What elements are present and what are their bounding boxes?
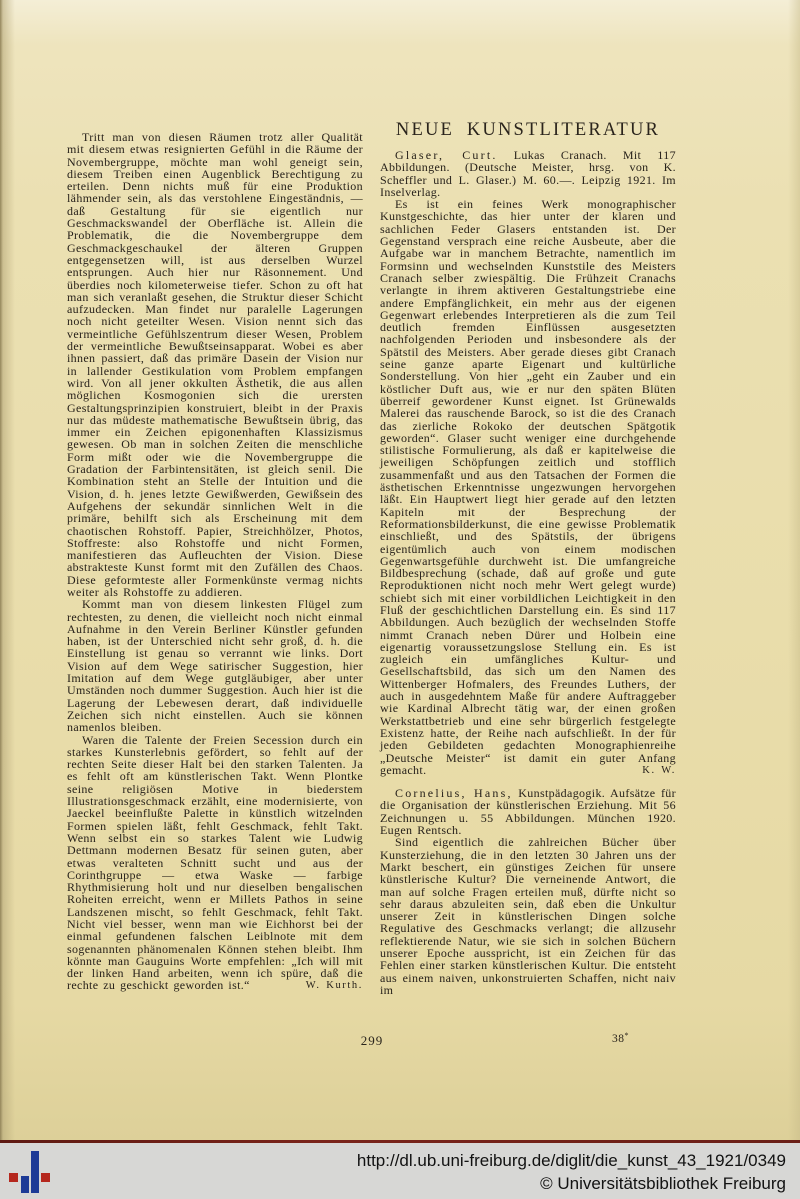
logo-red-square-left (9, 1173, 18, 1182)
paragraph: Waren die Talente der Freien Secession d… (67, 734, 363, 992)
paragraph-text: Waren die Talente der Freien Secession d… (67, 733, 363, 993)
logo-blue-bar-tall (31, 1151, 39, 1193)
paragraph-text: Sind eigentlich die zahlreichen Bücher ü… (380, 835, 676, 997)
library-viewer-bar: http://dl.ub.uni-freiburg.de/diglit/die_… (0, 1143, 800, 1199)
right-column: NEUE KUNSTLITERATUR Glaser, Curt. Lukas … (380, 120, 676, 996)
bibliography-entry: Glaser, Curt. Lukas Cranach. Mit 117 Abb… (380, 149, 676, 198)
viewer-attribution: http://dl.ub.uni-freiburg.de/diglit/die_… (357, 1150, 786, 1196)
paragraph-text: Es ist ein feines Werk monographischer K… (380, 197, 676, 777)
scanned-page: Tritt man von diesen Räumen trotz aller … (0, 0, 800, 1140)
bibliography-entry: Cornelius, Hans, Kunstpädagogik. Aufsätz… (380, 787, 676, 836)
author-signature: W. Kurth. (291, 979, 363, 992)
source-url: http://dl.ub.uni-freiburg.de/diglit/die_… (357, 1150, 786, 1172)
reviewer-signature: K. W. (627, 764, 676, 777)
paragraph: Kommt man von diesem linkesten Flügel zu… (67, 598, 363, 733)
review-paragraph: Es ist ein feines Werk monographischer K… (380, 198, 676, 776)
paragraph-text: Tritt man von diesen Räumen trotz aller … (67, 130, 363, 599)
copyright-notice: © Universitätsbibliothek Freiburg (357, 1172, 786, 1196)
section-heading: NEUE KUNSTLITERATUR (380, 120, 676, 140)
page-number: 299 (336, 1033, 408, 1049)
sheet-signature-mark: 38* (612, 1031, 629, 1045)
paragraph-text: Kommt man von diesem linkesten Flügel zu… (67, 597, 363, 734)
paragraph: Tritt man von diesen Räumen trotz aller … (67, 131, 363, 598)
review-paragraph: Sind eigentlich die zahlreichen Bücher ü… (380, 836, 676, 996)
logo-blue-bar-short (21, 1176, 29, 1193)
left-column: Tritt man von diesen Räumen trotz aller … (67, 131, 363, 993)
university-library-logo-icon (0, 1143, 60, 1199)
sheet-mark-asterisk: * (625, 1031, 630, 1040)
logo-red-square-right (41, 1173, 50, 1182)
